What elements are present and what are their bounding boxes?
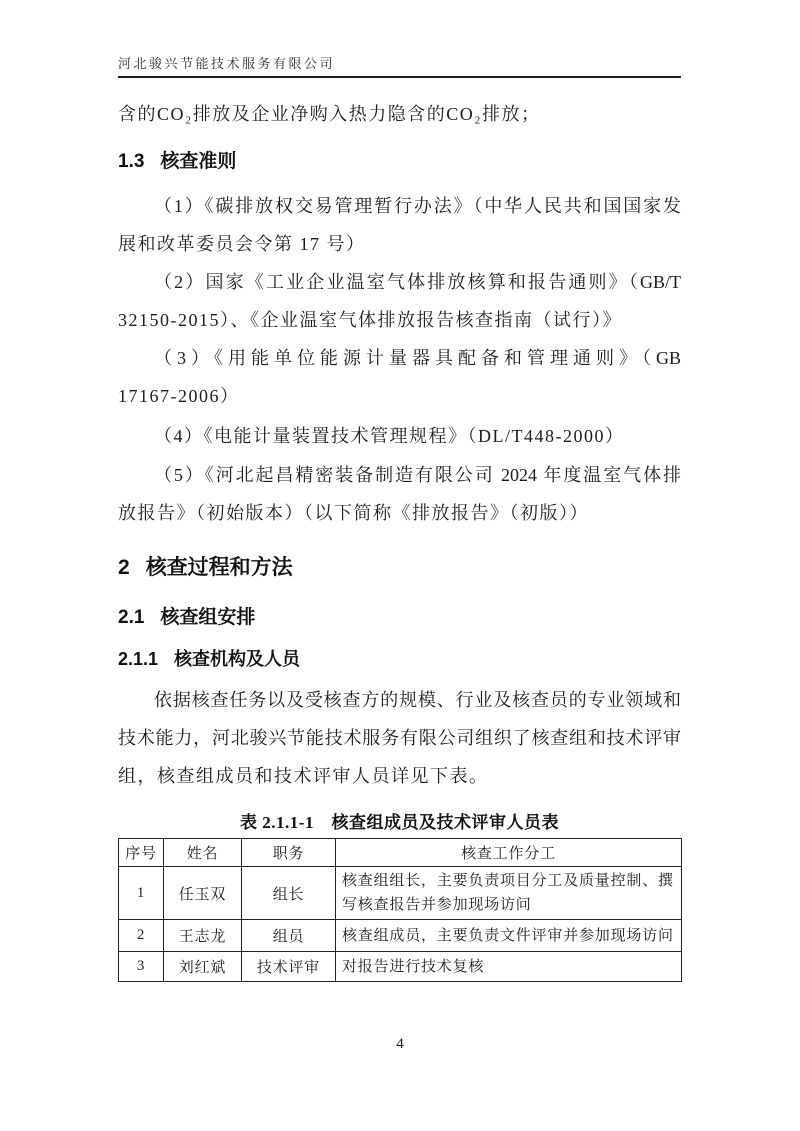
verification-team-table: 序号 姓名 职务 核查工作分工 1 任玉双 组长 核查组组长，主要负责项目分工及… [118,838,682,982]
cell-division: 对报告进行技术复核 [336,952,682,982]
paragraph-line: 展和改革委员会令第 17 号） [118,233,681,256]
cell-name: 刘红斌 [164,952,242,982]
cell-division: 核查组组长，主要负责项目分工及质量控制、撰写核查报告并参加现场访问 [336,867,682,920]
section-number: 2.1 [118,607,144,628]
section-heading-2: 2核查过程和方法 [118,551,681,581]
paragraph-line: （5）《河北起昌精密装备制造有限公司 2024 年度温室气体排 [118,464,681,487]
col-header-division: 核查工作分工 [336,839,682,867]
section-number: 1.3 [118,151,144,172]
page-number: 4 [0,1036,800,1053]
section-heading-2-1-1: 2.1.1核查机构及人员 [118,645,681,671]
paragraph-line: （2）国家《工业企业温室气体排放核算和报告通则》（GB/T [118,271,681,294]
paragraph-line: 放报告》（初始版本）（以下简称《排放报告》（初版）） [118,502,681,525]
body-line-intro: 含的CO₂排放及企业净购入热力隐含的CO₂排放； [118,103,681,126]
col-header-name: 姓名 [164,839,242,867]
paragraph-line: 依据核查任务以及受核查方的规模、行业及核查员的专业领域和 [118,689,681,712]
cell-name: 任玉双 [164,867,242,920]
document-page: 河北骏兴节能技术服务有限公司 含的CO₂排放及企业净购入热力隐含的CO₂排放； … [0,0,800,1131]
paragraph-line: 17167-2006） [118,385,681,408]
cell-role: 组员 [242,920,336,952]
table-row: 3 刘红斌 技术评审 对报告进行技术复核 [119,952,682,982]
section-number: 2.1.1 [118,649,158,669]
section-title: 核查过程和方法 [146,556,293,579]
section-title: 核查组安排 [160,607,255,628]
cell-name: 王志龙 [164,920,242,952]
paragraph-line: 技术能力，河北骏兴节能技术服务有限公司组织了核查组和技术评审 [118,727,681,750]
cell-no: 2 [119,920,164,952]
cell-no: 3 [119,952,164,982]
paragraph-line: 组，核查组成员和技术评审人员详见下表。 [118,765,681,788]
section-title: 核查准则 [160,151,236,172]
col-header-no: 序号 [119,839,164,867]
section-title: 核查机构及人员 [174,649,300,669]
cell-role: 技术评审 [242,952,336,982]
header-company-name: 河北骏兴节能技术服务有限公司 [118,53,681,72]
cell-division: 核查组成员，主要负责文件评审并参加现场访问 [336,920,682,952]
table-row: 1 任玉双 组长 核查组组长，主要负责项目分工及质量控制、撰写核查报告并参加现场… [119,867,682,920]
section-heading-1-3: 1.3核查准则 [118,146,681,173]
table-title: 表 2.1.1-1 核查组成员及技术评审人员表 [118,808,681,833]
cell-role: 组长 [242,867,336,920]
paragraph-line: 32150-2015）、《企业温室气体排放报告核查指南（试行）》 [118,309,681,332]
section-heading-2-1: 2.1核查组安排 [118,602,681,629]
col-header-role: 职务 [242,839,336,867]
paragraph-line: （4）《电能计量装置技术管理规程》（DL/T448-2000） [118,425,681,448]
table-row: 2 王志龙 组员 核查组成员，主要负责文件评审并参加现场访问 [119,920,682,952]
table-header-row: 序号 姓名 职务 核查工作分工 [119,839,682,867]
paragraph-line: （1）《碳排放权交易管理暂行办法》（中华人民共和国国家发 [118,195,681,218]
cell-no: 1 [119,867,164,920]
header-rule [118,76,681,78]
paragraph-line: （3）《用能单位能源计量器具配备和管理通则》（GB [118,347,681,370]
section-number: 2 [118,556,130,579]
